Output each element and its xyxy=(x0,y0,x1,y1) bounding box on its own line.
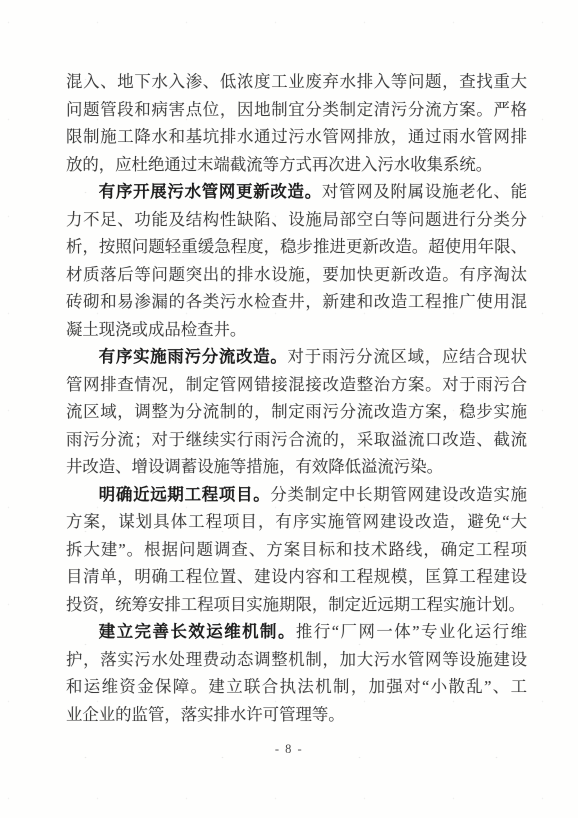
text-line: 材质落后等问题突出的排水设施，要加快更新改造。有序淘汰 xyxy=(66,261,527,289)
line-text: 目清单，明确工程位置、建设内容和工程规模，匡算工程建设 xyxy=(66,567,527,586)
text-line: 明确近远期工程项目。分类制定中长期管网建设改造实施 xyxy=(66,481,527,509)
line-text: 方案，谋划具体工程项目，有序实施管网建设改造，避免“大 xyxy=(66,512,527,531)
paragraph-heading: 有序开展污水管网更新改造。 xyxy=(99,183,322,201)
text-line: 井改造、增设调蓄设施等措施，有效降低溢流污染。 xyxy=(66,453,527,481)
text-line: 建立完善长效运维机制。推行“厂网一体”专业化运行维 xyxy=(66,618,527,646)
text-line: 凝土现浇或成品检查井。 xyxy=(66,316,527,344)
page-number: - 8 - xyxy=(0,742,578,757)
line-text: 拆大建”。根据问题调查、方案目标和技术路线，确定工程项 xyxy=(66,540,527,559)
line-text: 对管网及附属设施老化、能 xyxy=(322,182,527,201)
line-text: 限制施工降水和基坑排水通过污水管网排放，通过雨水管网排 xyxy=(66,127,527,146)
line-text: 放的，应杜绝通过末端截流等方式再次进入污水收集系统。 xyxy=(66,155,492,174)
line-text: 材质落后等问题突出的排水设施，要加快更新改造。有序淘汰 xyxy=(66,265,527,284)
document-page: { "document": { "lines": [ { "t": "混入、地下… xyxy=(0,0,578,818)
line-text: 凝土现浇或成品检查井。 xyxy=(66,320,246,339)
paragraph-heading: 明确近远期工程项目。 xyxy=(99,486,271,504)
text-line: 问题管段和病害点位，因地制宜分类制定清污分流方案。严格 xyxy=(66,96,527,124)
text-line: 混入、地下水入渗、低浓度工业废弃水排入等问题，查找重大 xyxy=(66,68,527,96)
line-text: 析，按照问题轻重缓急程度，稳步推进更新改造。超使用年限、 xyxy=(66,237,527,256)
text-line: 雨污分流；对于继续实行雨污合流的，采取溢流口改造、截流 xyxy=(66,426,527,454)
text-line: 砖砌和易渗漏的各类污水检查井，新建和改造工程推广使用混 xyxy=(66,288,527,316)
line-text: 分类制定中长期管网建设改造实施 xyxy=(270,485,527,504)
line-text: 雨污分流；对于继续实行雨污合流的，采取溢流口改造、截流 xyxy=(66,430,527,449)
text-line: 和运维资金保障。建立联合执法机制，加强对“小散乱”、工 xyxy=(66,673,527,701)
line-text: 业企业的监管，落实排水许可管理等。 xyxy=(66,705,345,724)
text-line: 管网排查情况，制定管网错接混接改造整治方案。对于雨污合 xyxy=(66,371,527,399)
text-line: 力不足、功能及结构性缺陷、设施局部空白等问题进行分类分 xyxy=(66,206,527,234)
text-line: 护，落实污水处理费动态调整机制，加大污水管网等设施建设 xyxy=(66,646,527,674)
line-text: 对于雨污分流区域，应结合现状 xyxy=(288,347,527,366)
line-text: 问题管段和病害点位，因地制宜分类制定清污分流方案。严格 xyxy=(66,100,527,119)
text-line: 方案，谋划具体工程项目，有序实施管网建设改造，避免“大 xyxy=(66,508,527,536)
document-body-text: 混入、地下水入渗、低浓度工业废弃水排入等问题，查找重大 问题管段和病害点位，因地… xyxy=(66,68,527,728)
text-line: 限制施工降水和基坑排水通过污水管网排放，通过雨水管网排 xyxy=(66,123,527,151)
text-line: 析，按照问题轻重缓急程度，稳步推进更新改造。超使用年限、 xyxy=(66,233,527,261)
text-line: 业企业的监管，落实排水许可管理等。 xyxy=(66,701,527,729)
text-line: 放的，应杜绝通过末端截流等方式再次进入污水收集系统。 xyxy=(66,151,527,179)
text-line: 有序实施雨污分流改造。对于雨污分流区域，应结合现状 xyxy=(66,343,527,371)
line-text: 管网排查情况，制定管网错接混接改造整治方案。对于雨污合 xyxy=(66,375,527,394)
paragraph-heading: 建立完善长效运维机制。 xyxy=(99,623,296,641)
line-text: 推行“厂网一体”专业化运行维 xyxy=(296,622,527,641)
text-line: 拆大建”。根据问题调查、方案目标和技术路线，确定工程项 xyxy=(66,536,527,564)
line-text: 护，落实污水处理费动态调整机制，加大污水管网等设施建设 xyxy=(66,650,527,669)
line-text: 和运维资金保障。建立联合执法机制，加强对“小散乱”、工 xyxy=(66,677,527,696)
line-text: 投资，统筹安排工程项目实施期限，制定近远期工程实施计划。 xyxy=(66,595,525,614)
text-line: 目清单，明确工程位置、建设内容和工程规模，匡算工程建设 xyxy=(66,563,527,591)
text-line: 投资，统筹安排工程项目实施期限，制定近远期工程实施计划。 xyxy=(66,591,527,619)
line-text: 混入、地下水入渗、低浓度工业废弃水排入等问题，查找重大 xyxy=(66,72,527,91)
line-text: 力不足、功能及结构性缺陷、设施局部空白等问题进行分类分 xyxy=(66,210,527,229)
line-text: 流区域，调整为分流制的，制定雨污分流改造方案，稳步实施 xyxy=(66,402,527,421)
paragraph-heading: 有序实施雨污分流改造。 xyxy=(99,348,288,366)
text-line: 流区域，调整为分流制的，制定雨污分流改造方案，稳步实施 xyxy=(66,398,527,426)
line-text: 砖砌和易渗漏的各类污水检查井，新建和改造工程推广使用混 xyxy=(66,292,527,311)
line-text: 井改造、增设调蓄设施等措施，有效降低溢流污染。 xyxy=(66,457,443,476)
text-line: 有序开展污水管网更新改造。对管网及附属设施老化、能 xyxy=(66,178,527,206)
